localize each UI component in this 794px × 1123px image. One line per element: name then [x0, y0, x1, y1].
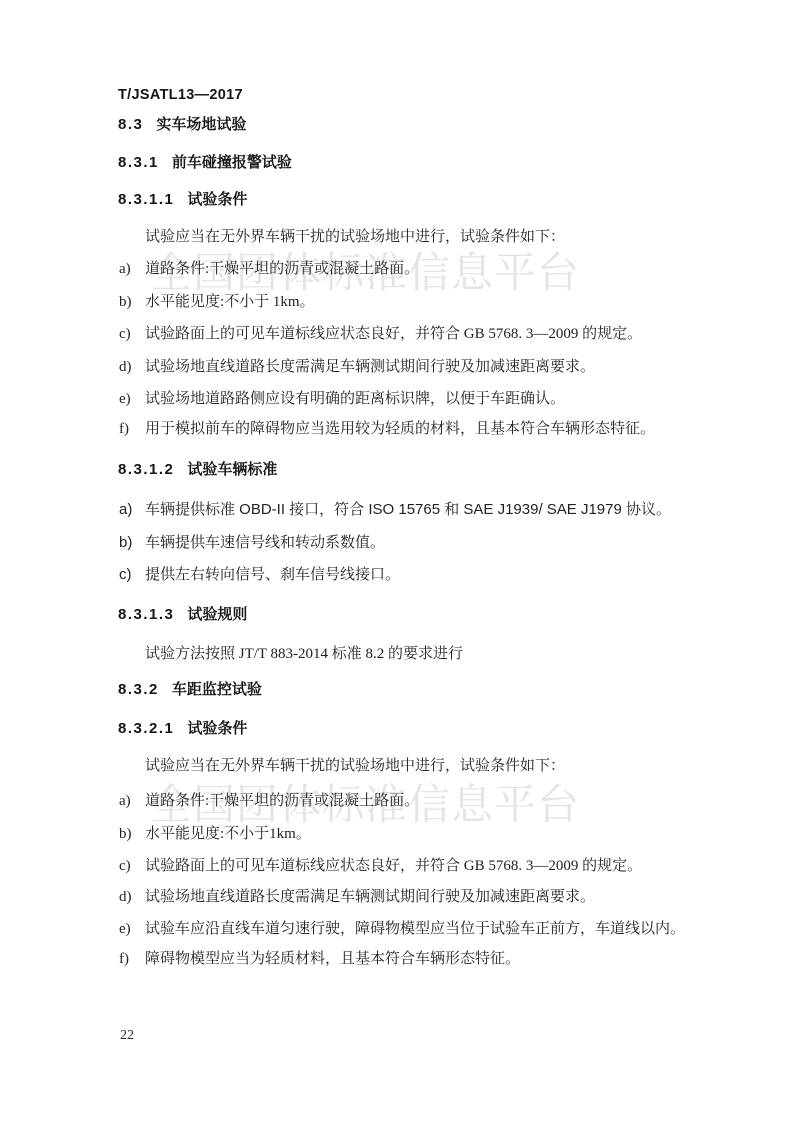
clause-title: 试验条件	[187, 191, 247, 208]
list-item-a2: a)车辆提供标准 OBD-II 接口，符合 ISO 15765 和 SAE J1…	[118, 499, 736, 520]
list-item-c1: c)试验路面上的可见车道标线应状态良好，并符合 GB 5768. 3—2009 …	[118, 324, 736, 345]
clause-number: 8.3.1.3	[118, 606, 174, 623]
clause-title: 试验车辆标准	[187, 461, 277, 478]
list-item-letter: c)	[119, 856, 145, 877]
list-item-text: 水平能见度:不小于1km。	[145, 824, 736, 845]
list-item-letter: d)	[119, 357, 145, 378]
list-item-c2: c)提供左右转向信号、刹车信号线接口。	[118, 564, 736, 585]
list-item-letter: a)	[119, 499, 145, 520]
list-item-letter: c)	[119, 564, 145, 585]
list-item-e3: e)试验车应沿直线车道匀速行驶，障碍物模型应当位于试验车正前方，车道线以内。	[118, 919, 736, 940]
clause-heading-8-3: 8.3实车场地试验	[118, 114, 736, 135]
list-item-text: 用于模拟前车的障碍物应当选用较为轻质的材料，且基本符合车辆形态特征。	[145, 419, 736, 440]
document-page: 全国团体标准信息平台 全国团体标准信息平台 T/JSATL13—2017 8.3…	[0, 0, 794, 1123]
clause-title: 前车碰撞报警试验	[172, 154, 292, 171]
standard-number-header: T/JSATL13—2017	[118, 87, 736, 103]
paragraph-test-conditions-intro-1: 试验应当在无外界车辆干扰的试验场地中进行，试验条件如下：	[118, 227, 736, 248]
clause-title: 车距监控试验	[172, 681, 262, 698]
list-item-text: 道路条件:干燥平坦的沥青或混凝土路面。	[145, 259, 736, 280]
list-item-text: 试验场地直线道路长度需满足车辆测试期间行驶及加减速距离要求。	[145, 887, 736, 908]
list-item-text: 试验场地直线道路长度需满足车辆测试期间行驶及加减速距离要求。	[145, 357, 736, 378]
list-item-letter: f)	[119, 419, 145, 440]
list-item-letter: a)	[119, 791, 145, 812]
paragraph-test-conditions-intro-2: 试验应当在无外界车辆干扰的试验场地中进行，试验条件如下：	[118, 756, 736, 777]
list-item-letter: f)	[119, 949, 145, 970]
clause-heading-8-3-1: 8.3.1前车碰撞报警试验	[118, 152, 736, 173]
list-item-text: 水平能见度:不小于 1km。	[145, 292, 736, 313]
clause-heading-8-3-1-1: 8.3.1.1试验条件	[118, 189, 736, 210]
clause-number: 8.3.1.2	[118, 461, 174, 478]
list-item-text: 车辆提供标准 OBD-II 接口，符合 ISO 15765 和 SAE J193…	[145, 499, 736, 520]
list-item-text: 障碍物模型应当为轻质材料，且基本符合车辆形态特征。	[145, 949, 736, 970]
list-item-letter: b)	[119, 824, 145, 845]
list-item-letter: b)	[119, 532, 145, 553]
clause-number: 8.3.2	[118, 681, 159, 698]
list-item-e1: e)试验场地道路路侧应设有明确的距离标识牌，以便于车距确认。	[118, 389, 736, 410]
clause-number: 8.3.1	[118, 154, 159, 171]
clause-heading-8-3-1-3: 8.3.1.3试验规则	[118, 604, 736, 625]
clause-title: 实车场地试验	[156, 116, 246, 133]
clause-heading-8-3-2-1: 8.3.2.1试验条件	[118, 718, 736, 739]
list-item-b3: b)水平能见度:不小于1km。	[118, 824, 736, 845]
list-item-b1: b)水平能见度:不小于 1km。	[118, 292, 736, 313]
list-item-text: 试验路面上的可见车道标线应状态良好，并符合 GB 5768. 3—2009 的规…	[145, 856, 736, 877]
list-item-text: 试验路面上的可见车道标线应状态良好，并符合 GB 5768. 3—2009 的规…	[145, 324, 736, 345]
list-item-a3: a)道路条件:干燥平坦的沥青或混凝土路面。	[118, 791, 736, 812]
paragraph-test-method: 试验方法按照 JT/T 883-2014 标准 8.2 的要求进行	[118, 644, 736, 665]
list-item-d3: d)试验场地直线道路长度需满足车辆测试期间行驶及加减速距离要求。	[118, 887, 736, 908]
list-item-text: 车辆提供车速信号线和转动系数值。	[145, 532, 736, 553]
clause-number: 8.3	[118, 116, 143, 133]
clause-number: 8.3.2.1	[118, 720, 174, 737]
list-item-d1: d)试验场地直线道路长度需满足车辆测试期间行驶及加减速距离要求。	[118, 357, 736, 378]
clause-heading-8-3-1-2: 8.3.1.2试验车辆标准	[118, 459, 736, 480]
list-item-letter: a)	[119, 259, 145, 280]
list-item-letter: e)	[119, 919, 145, 940]
list-item-letter: b)	[119, 292, 145, 313]
list-item-c3: c)试验路面上的可见车道标线应状态良好，并符合 GB 5768. 3—2009 …	[118, 856, 736, 877]
list-item-text: 试验车应沿直线车道匀速行驶，障碍物模型应当位于试验车正前方，车道线以内。	[145, 919, 736, 940]
clause-title: 试验规则	[187, 606, 247, 623]
list-item-a1: a)道路条件:干燥平坦的沥青或混凝土路面。	[118, 259, 736, 280]
list-item-f3: f)障碍物模型应当为轻质材料，且基本符合车辆形态特征。	[118, 949, 736, 970]
clause-heading-8-3-2: 8.3.2车距监控试验	[118, 679, 736, 700]
list-item-b2: b)车辆提供车速信号线和转动系数值。	[118, 532, 736, 553]
list-item-letter: e)	[119, 389, 145, 410]
list-item-text: 提供左右转向信号、刹车信号线接口。	[145, 564, 736, 585]
list-item-letter: c)	[119, 324, 145, 345]
list-item-f1: f)用于模拟前车的障碍物应当选用较为轻质的材料，且基本符合车辆形态特征。	[118, 419, 736, 440]
list-item-text: 试验场地道路路侧应设有明确的距离标识牌，以便于车距确认。	[145, 389, 736, 410]
clause-number: 8.3.1.1	[118, 191, 174, 208]
page-number: 22	[120, 1028, 134, 1044]
list-item-text: 道路条件:干燥平坦的沥青或混凝土路面。	[145, 791, 736, 812]
list-item-letter: d)	[119, 887, 145, 908]
clause-title: 试验条件	[187, 720, 247, 737]
